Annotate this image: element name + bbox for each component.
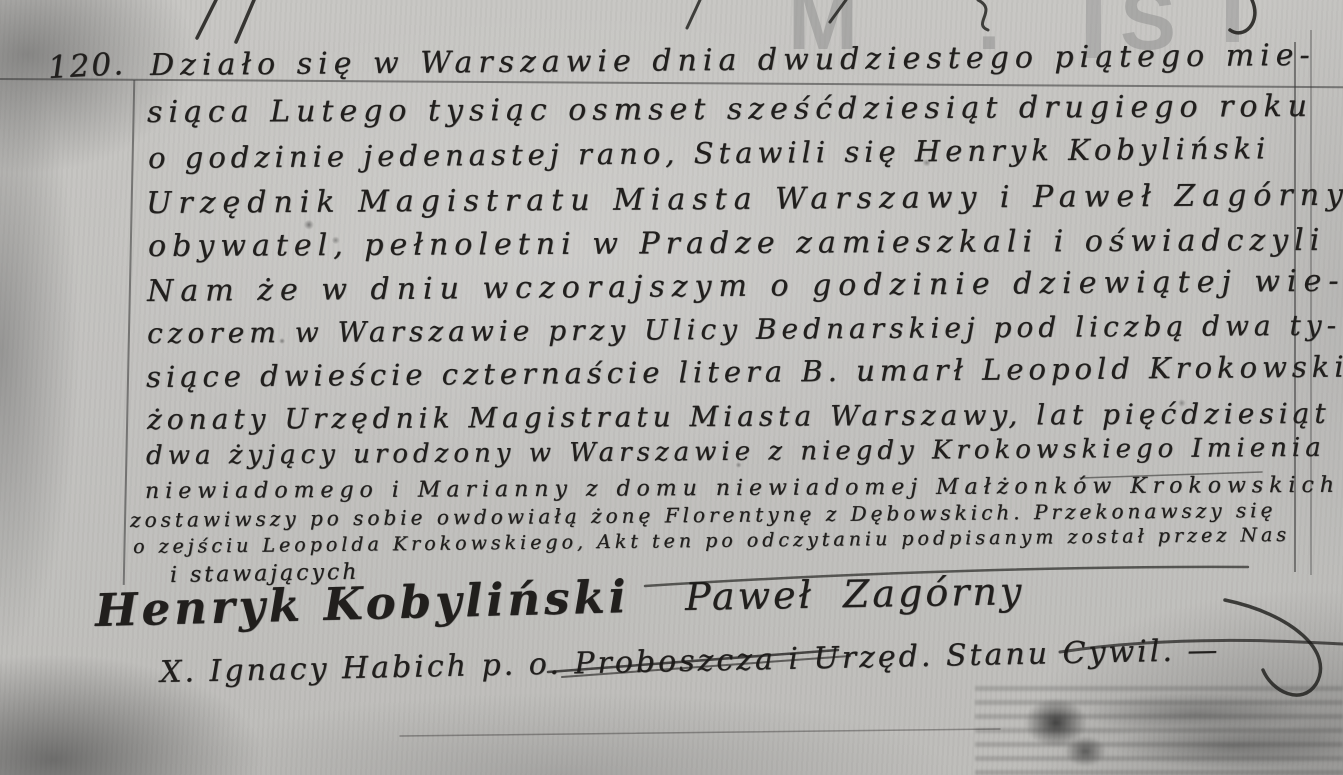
record-line-5: obywatel, pełnoletni w Pradze zamieszkal… — [148, 223, 1325, 264]
record-line-1: Działo się w Warszawie dnia dwudziestego… — [150, 38, 1316, 83]
record-line-8: siące dwieście czternaście litera B. uma… — [146, 350, 1343, 394]
record-line-7: czorem w Warszawie przy Ulicy Bednarskie… — [147, 309, 1341, 350]
record-number: 120. — [47, 46, 126, 86]
watermark-fragment — [1226, 0, 1239, 42]
record-line-6: Nam że w dniu wczorajszym o godzinie dzi… — [147, 264, 1343, 309]
record-line-3: o godzinie jedenastej rano, Stawili się … — [148, 131, 1271, 175]
record-line-2: siąca Lutego tysiąc osmset sześćdziesiąt… — [147, 89, 1313, 130]
document-scan-page: M . S 120. Działo się w Warszawie dnia d… — [0, 0, 1343, 775]
record-line-4: Urzędnik Magistratu Miasta Warszawy i Pa… — [146, 178, 1343, 221]
ink-smudge-stamp — [975, 680, 1343, 775]
record-line-10: dwa żyjący urodzony w Warszawie z niegdy… — [146, 433, 1326, 471]
signature-witness2: Paweł Zagórny — [685, 569, 1025, 619]
record-line-9: żonaty Urzędnik Magistratu Miasta Warsza… — [147, 397, 1331, 436]
